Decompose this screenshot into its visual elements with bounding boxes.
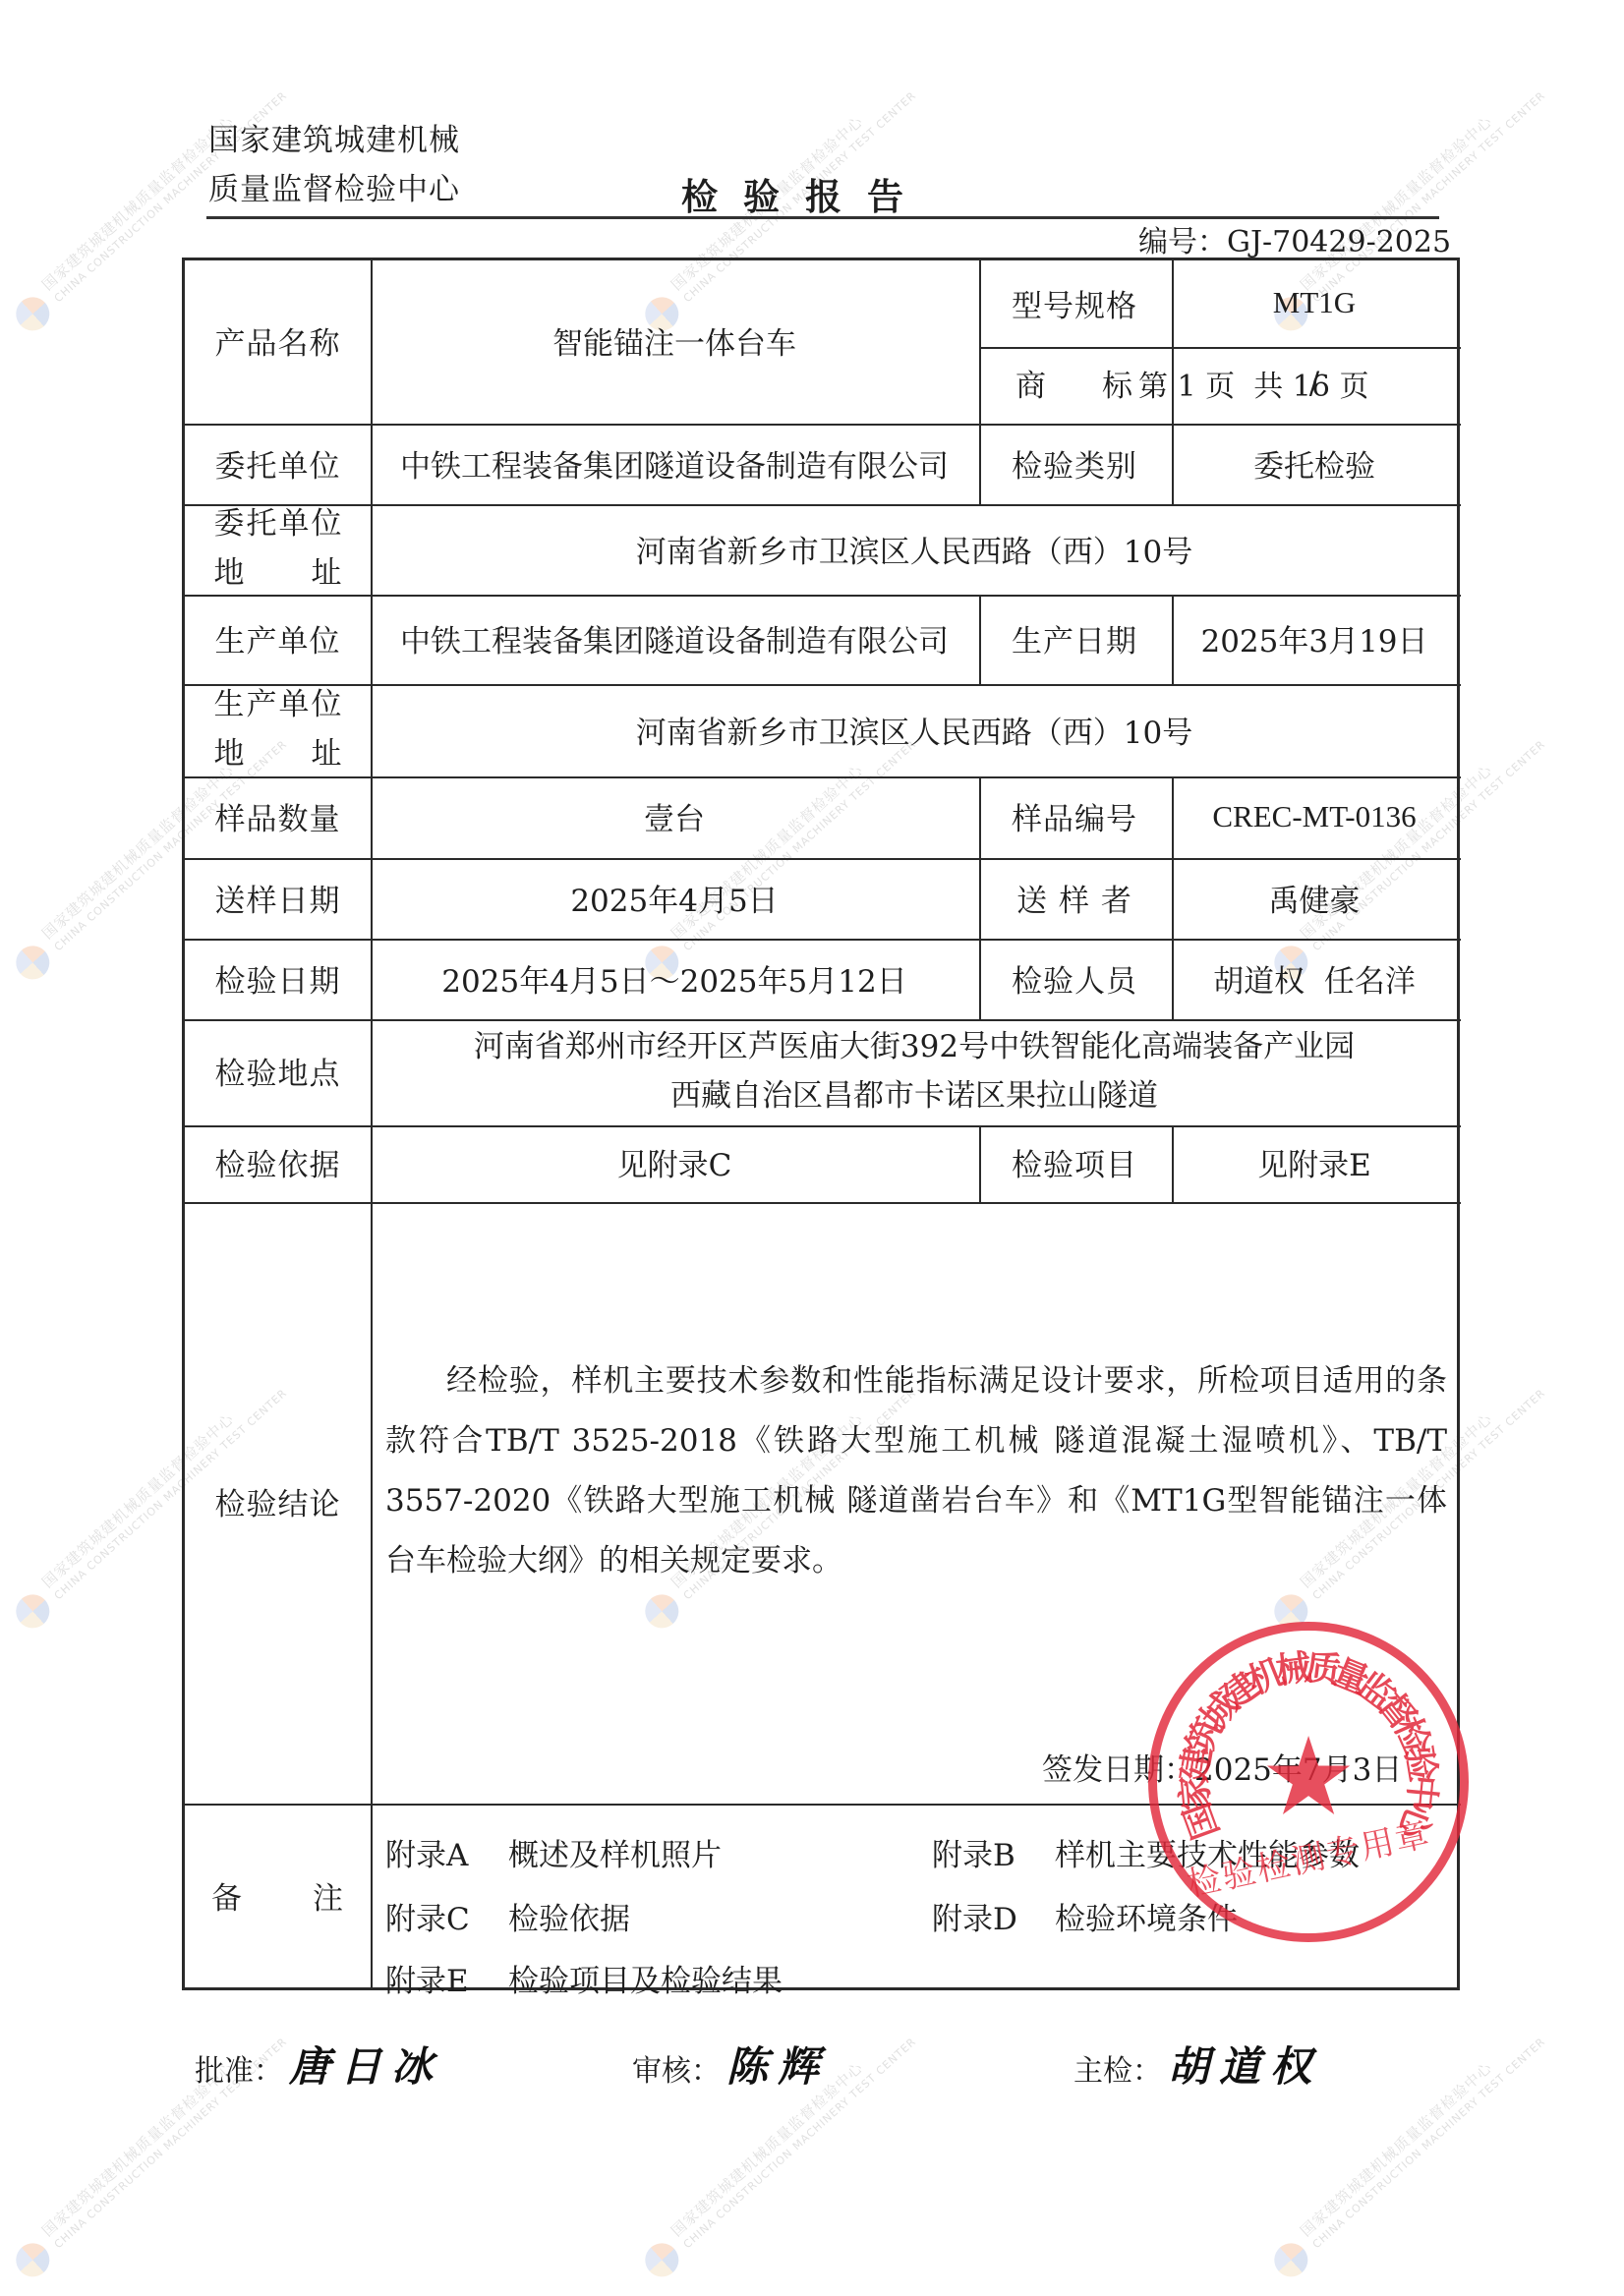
manufacturer-address-value: 河南省新乡市卫滨区人民西路（西）10号 (371, 683, 1458, 775)
items-value: 见附录E (1171, 1123, 1458, 1200)
client-address-value: 河南省新乡市卫滨区人民西路（西）10号 (371, 503, 1458, 594)
org-line-2: 质量监督检验中心 (208, 165, 460, 214)
issuing-organization: 国家建筑城建机械 质量监督检验中心 (208, 116, 460, 214)
inspectors-value: 胡道权 任名洋 (1171, 938, 1458, 1018)
org-line-1: 国家建筑城建机械 (208, 116, 460, 165)
watermark-logo-icon (9, 2236, 56, 2283)
inspection-type-label: 检验类别 (978, 423, 1171, 503)
sample-no-value: CREC-MT-0136 (1171, 775, 1458, 857)
remark-item: 附录B样机主要技术性能参数 (932, 1830, 1360, 1874)
manufacturer-label: 生产单位 (185, 594, 371, 683)
inspectors-label: 检验人员 (978, 938, 1171, 1018)
watermark-logo-icon (1267, 2236, 1314, 2283)
remark-item: 附录A概述及样机照片 (385, 1830, 722, 1874)
sample-no-label: 样品编号 (978, 775, 1171, 857)
signature-review: 审核：陈辉 (632, 2035, 829, 2094)
items-label: 检验项目 (978, 1123, 1171, 1200)
model-value: MT1G (1171, 260, 1458, 345)
inspection-date-label: 检验日期 (185, 938, 371, 1018)
remarks-label: 备 注 (185, 1802, 371, 1988)
sample-qty-value: 壹台 (371, 775, 978, 857)
review-signature: 陈辉 (726, 2042, 829, 2091)
location-value: 河南省郑州市经开区芦医庙大街392号中铁智能化高端装备产业园 西藏自治区昌都市卡… (371, 1018, 1458, 1123)
remark-item: 附录D检验环境条件 (932, 1894, 1238, 1938)
client-label: 委托单位 (185, 423, 371, 503)
basis-label: 检验依据 (185, 1123, 371, 1200)
client-address-label: 委托单位 地 址 (185, 503, 371, 594)
manufacturer-value: 中铁工程装备集团隧道设备制造有限公司 (371, 594, 978, 683)
location-label: 检验地点 (185, 1018, 371, 1123)
approve-signature: 唐日冰 (289, 2042, 442, 2091)
conclusion-label: 检验结论 (185, 1200, 371, 1802)
production-date-label: 生产日期 (978, 594, 1171, 683)
trademark-value: / (1171, 345, 1458, 421)
watermark-logo-icon (9, 290, 56, 337)
chief-label: 主检： (1073, 2054, 1162, 2089)
production-date-value: 2025年3月19日 (1171, 594, 1458, 683)
header-divider (206, 216, 1439, 219)
basis-value: 见附录C (371, 1123, 978, 1200)
location-line-1: 河南省郑州市经开区芦医庙大街392号中铁智能化高端装备产业园 (474, 1022, 1355, 1071)
signature-approve: 批准：唐日冰 (195, 2035, 442, 2094)
watermark-logo-icon (9, 1587, 56, 1635)
chief-signature: 胡道权 (1168, 2042, 1321, 2091)
remark-item: 附录E检验项目及检验结果 (385, 1956, 783, 2000)
delivery-date-value: 2025年4月5日 (371, 857, 978, 938)
sample-qty-label: 样品数量 (185, 775, 371, 857)
report-no-label: 编号： (1138, 225, 1227, 259)
review-label: 审核： (632, 2054, 721, 2089)
model-label: 型号规格 (978, 260, 1171, 345)
trademark-label: 商 标 (978, 345, 1171, 421)
signature-chief: 主检：胡道权 (1073, 2035, 1321, 2094)
delivered-by-label: 送 样 者 (978, 857, 1171, 938)
manufacturer-address-label: 生产单位 地 址 (185, 683, 371, 775)
remark-item: 附录C检验依据 (385, 1894, 630, 1938)
product-name-label: 产品名称 (185, 260, 371, 421)
document-title: 检验报告 (681, 167, 929, 220)
location-line-2: 西藏自治区昌都市卡诺区果拉山隧道 (670, 1071, 1158, 1120)
inspection-date-value: 2025年4月5日～2025年5月12日 (371, 938, 978, 1018)
conclusion-text: 经检验，样机主要技术参数和性能指标满足设计要求，所检项目适用的条款符合TB/T … (385, 1351, 1447, 1591)
inspection-type-value: 委托检验 (1171, 423, 1458, 503)
delivered-by-value: 禹健豪 (1171, 857, 1458, 938)
delivery-date-label: 送样日期 (185, 857, 371, 938)
client-value: 中铁工程装备集团隧道设备制造有限公司 (371, 423, 978, 503)
product-name-value: 智能锚注一体台车 (371, 260, 978, 421)
approve-label: 批准： (195, 2054, 283, 2089)
report-no: GJ-70429-2025 (1227, 225, 1451, 259)
watermark-logo-icon (638, 2236, 685, 2283)
issue-date: 签发日期：2025年7月3日 (1042, 1745, 1402, 1789)
row-divider (185, 1804, 1461, 1806)
row-divider (185, 1202, 1461, 1204)
watermark-logo-icon (9, 939, 56, 986)
